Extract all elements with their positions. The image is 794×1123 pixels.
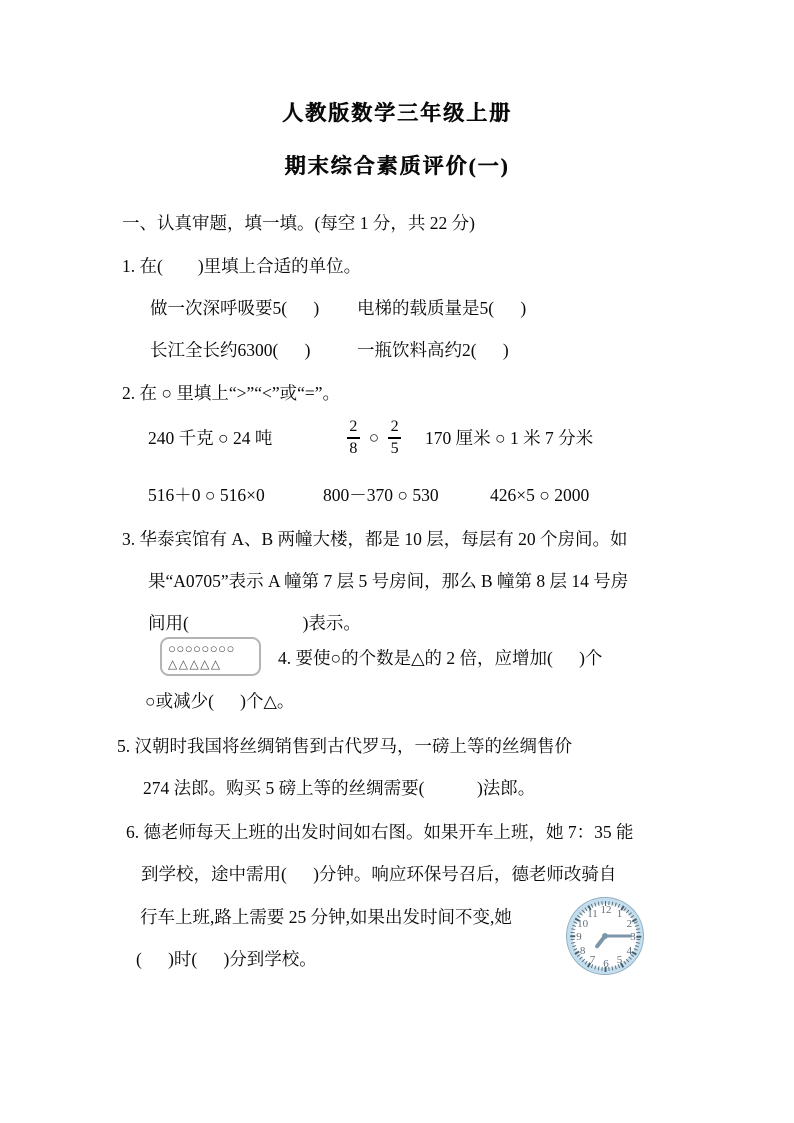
fraction-numerator: 2 bbox=[391, 418, 399, 436]
q1-row1-right: 电梯的载质量是5( ) bbox=[357, 298, 526, 318]
q1-row1: 做一次深呼吸要5( )电梯的载质量是5( ) bbox=[150, 295, 526, 321]
q5-line2: 274 法郎。购买 5 磅上等的丝绸需要( )法郎。 bbox=[143, 775, 535, 801]
q1-row2-left: 长江全长约6300( ) bbox=[150, 337, 357, 363]
fraction-denominator: 8 bbox=[349, 440, 357, 458]
clock-image: 1 2 3 4 5 6 7 8 9 10 11 12 bbox=[566, 897, 644, 975]
fraction-numerator: 2 bbox=[349, 418, 357, 436]
q6-line4: ( )时( )分到学校。 bbox=[136, 946, 317, 972]
clock-number: 6 bbox=[603, 958, 609, 970]
q1-row2-right: 一瓶饮料高约2( ) bbox=[357, 340, 509, 360]
fraction-2-8: 28 bbox=[347, 418, 360, 458]
triangles-row: △△△△△ bbox=[168, 657, 253, 672]
q2-stem: 2. 在 ○ 里填上“>”“<”或“=”。 bbox=[122, 380, 340, 406]
q6-line1: 6. 德老师每天上班的出发时间如右图。如果开车上班，她 7：35 能 bbox=[126, 819, 634, 845]
q4-line1: 4. 要使○的个数是△的 2 倍，应增加( )个 bbox=[278, 645, 602, 671]
q1-row2: 长江全长约6300( )一瓶饮料高约2( ) bbox=[150, 337, 509, 363]
q6-line3: 行车上班,路上需要 25 分钟,如果出发时间不变,她 bbox=[140, 904, 512, 930]
shapes-box: ○○○○○○○○ △△△△△ bbox=[160, 637, 261, 676]
fraction-bar bbox=[347, 437, 360, 439]
exam-page: 人教版数学三年级上册 期末综合素质评价(一) 一、认真审题，填一填。(每空 1 … bbox=[0, 0, 794, 1123]
clock-number: 11 bbox=[587, 908, 598, 920]
q4-line2: ○或减少( )个△。 bbox=[145, 688, 294, 714]
fraction-denominator: 5 bbox=[391, 440, 399, 458]
doc-title-line2: 期末综合素质评价(一) bbox=[0, 150, 794, 180]
clock-number: 2 bbox=[627, 918, 633, 930]
q2-row2-item3: 426×5 ○ 2000 bbox=[490, 482, 589, 508]
circles-row: ○○○○○○○○ bbox=[168, 641, 253, 657]
q3-line1: 3. 华泰宾馆有 A、B 两幢大楼，都是 10 层，每层有 20 个房间。如 bbox=[122, 526, 628, 552]
q5-line1: 5. 汉朝时我国将丝绸销售到古代罗马，一磅上等的丝绸售价 bbox=[117, 733, 572, 759]
doc-title-line1: 人教版数学三年级上册 bbox=[0, 97, 794, 127]
clock-number: 8 bbox=[580, 945, 586, 957]
q6-line2: 到学校，途中需用( )分钟。响应环保号召后，德老师改骑自 bbox=[141, 861, 616, 887]
fraction-2-5: 25 bbox=[388, 418, 401, 458]
clock-number: 4 bbox=[627, 945, 633, 957]
q2-row2-item2: 800－370 ○ 530 bbox=[323, 482, 490, 508]
clock-number: 5 bbox=[617, 954, 623, 966]
clock-number: 1 bbox=[617, 908, 623, 920]
q1-row1-left: 做一次深呼吸要5( ) bbox=[150, 295, 357, 321]
fraction-bar bbox=[388, 437, 401, 439]
q3-line3: 间用( )表示。 bbox=[148, 610, 361, 636]
section-1-heading: 一、认真审题，填一填。(每空 1 分，共 22 分) bbox=[122, 210, 475, 236]
clock-number: 7 bbox=[590, 954, 596, 966]
clock-minute-hand bbox=[605, 935, 632, 938]
q2-row1-item3: 170 厘米 ○ 1 米 7 分米 bbox=[425, 425, 593, 451]
clock-center-pin bbox=[602, 933, 608, 939]
q2-row2: 516＋0 ○ 516×0 800－370 ○ 530 426×5 ○ 2000 bbox=[148, 482, 589, 508]
clock-number: 12 bbox=[601, 904, 612, 916]
compare-circle: ○ bbox=[369, 425, 379, 451]
q3-line2: 果“A0705”表示 A 幢第 7 层 5 号房间，那么 B 幢第 8 层 14… bbox=[148, 568, 628, 594]
q2-row1-item1: 240 千克 ○ 24 吨 bbox=[148, 425, 323, 451]
q1-stem: 1. 在( )里填上合适的单位。 bbox=[122, 253, 361, 279]
q2-fraction-comparison: 28 ○ 25 bbox=[323, 418, 425, 458]
q2-row2-item1: 516＋0 ○ 516×0 bbox=[148, 482, 323, 508]
q2-row1: 240 千克 ○ 24 吨 28 ○ 25 170 厘米 ○ 1 米 7 分米 bbox=[148, 413, 593, 463]
clock-number: 9 bbox=[576, 931, 582, 943]
